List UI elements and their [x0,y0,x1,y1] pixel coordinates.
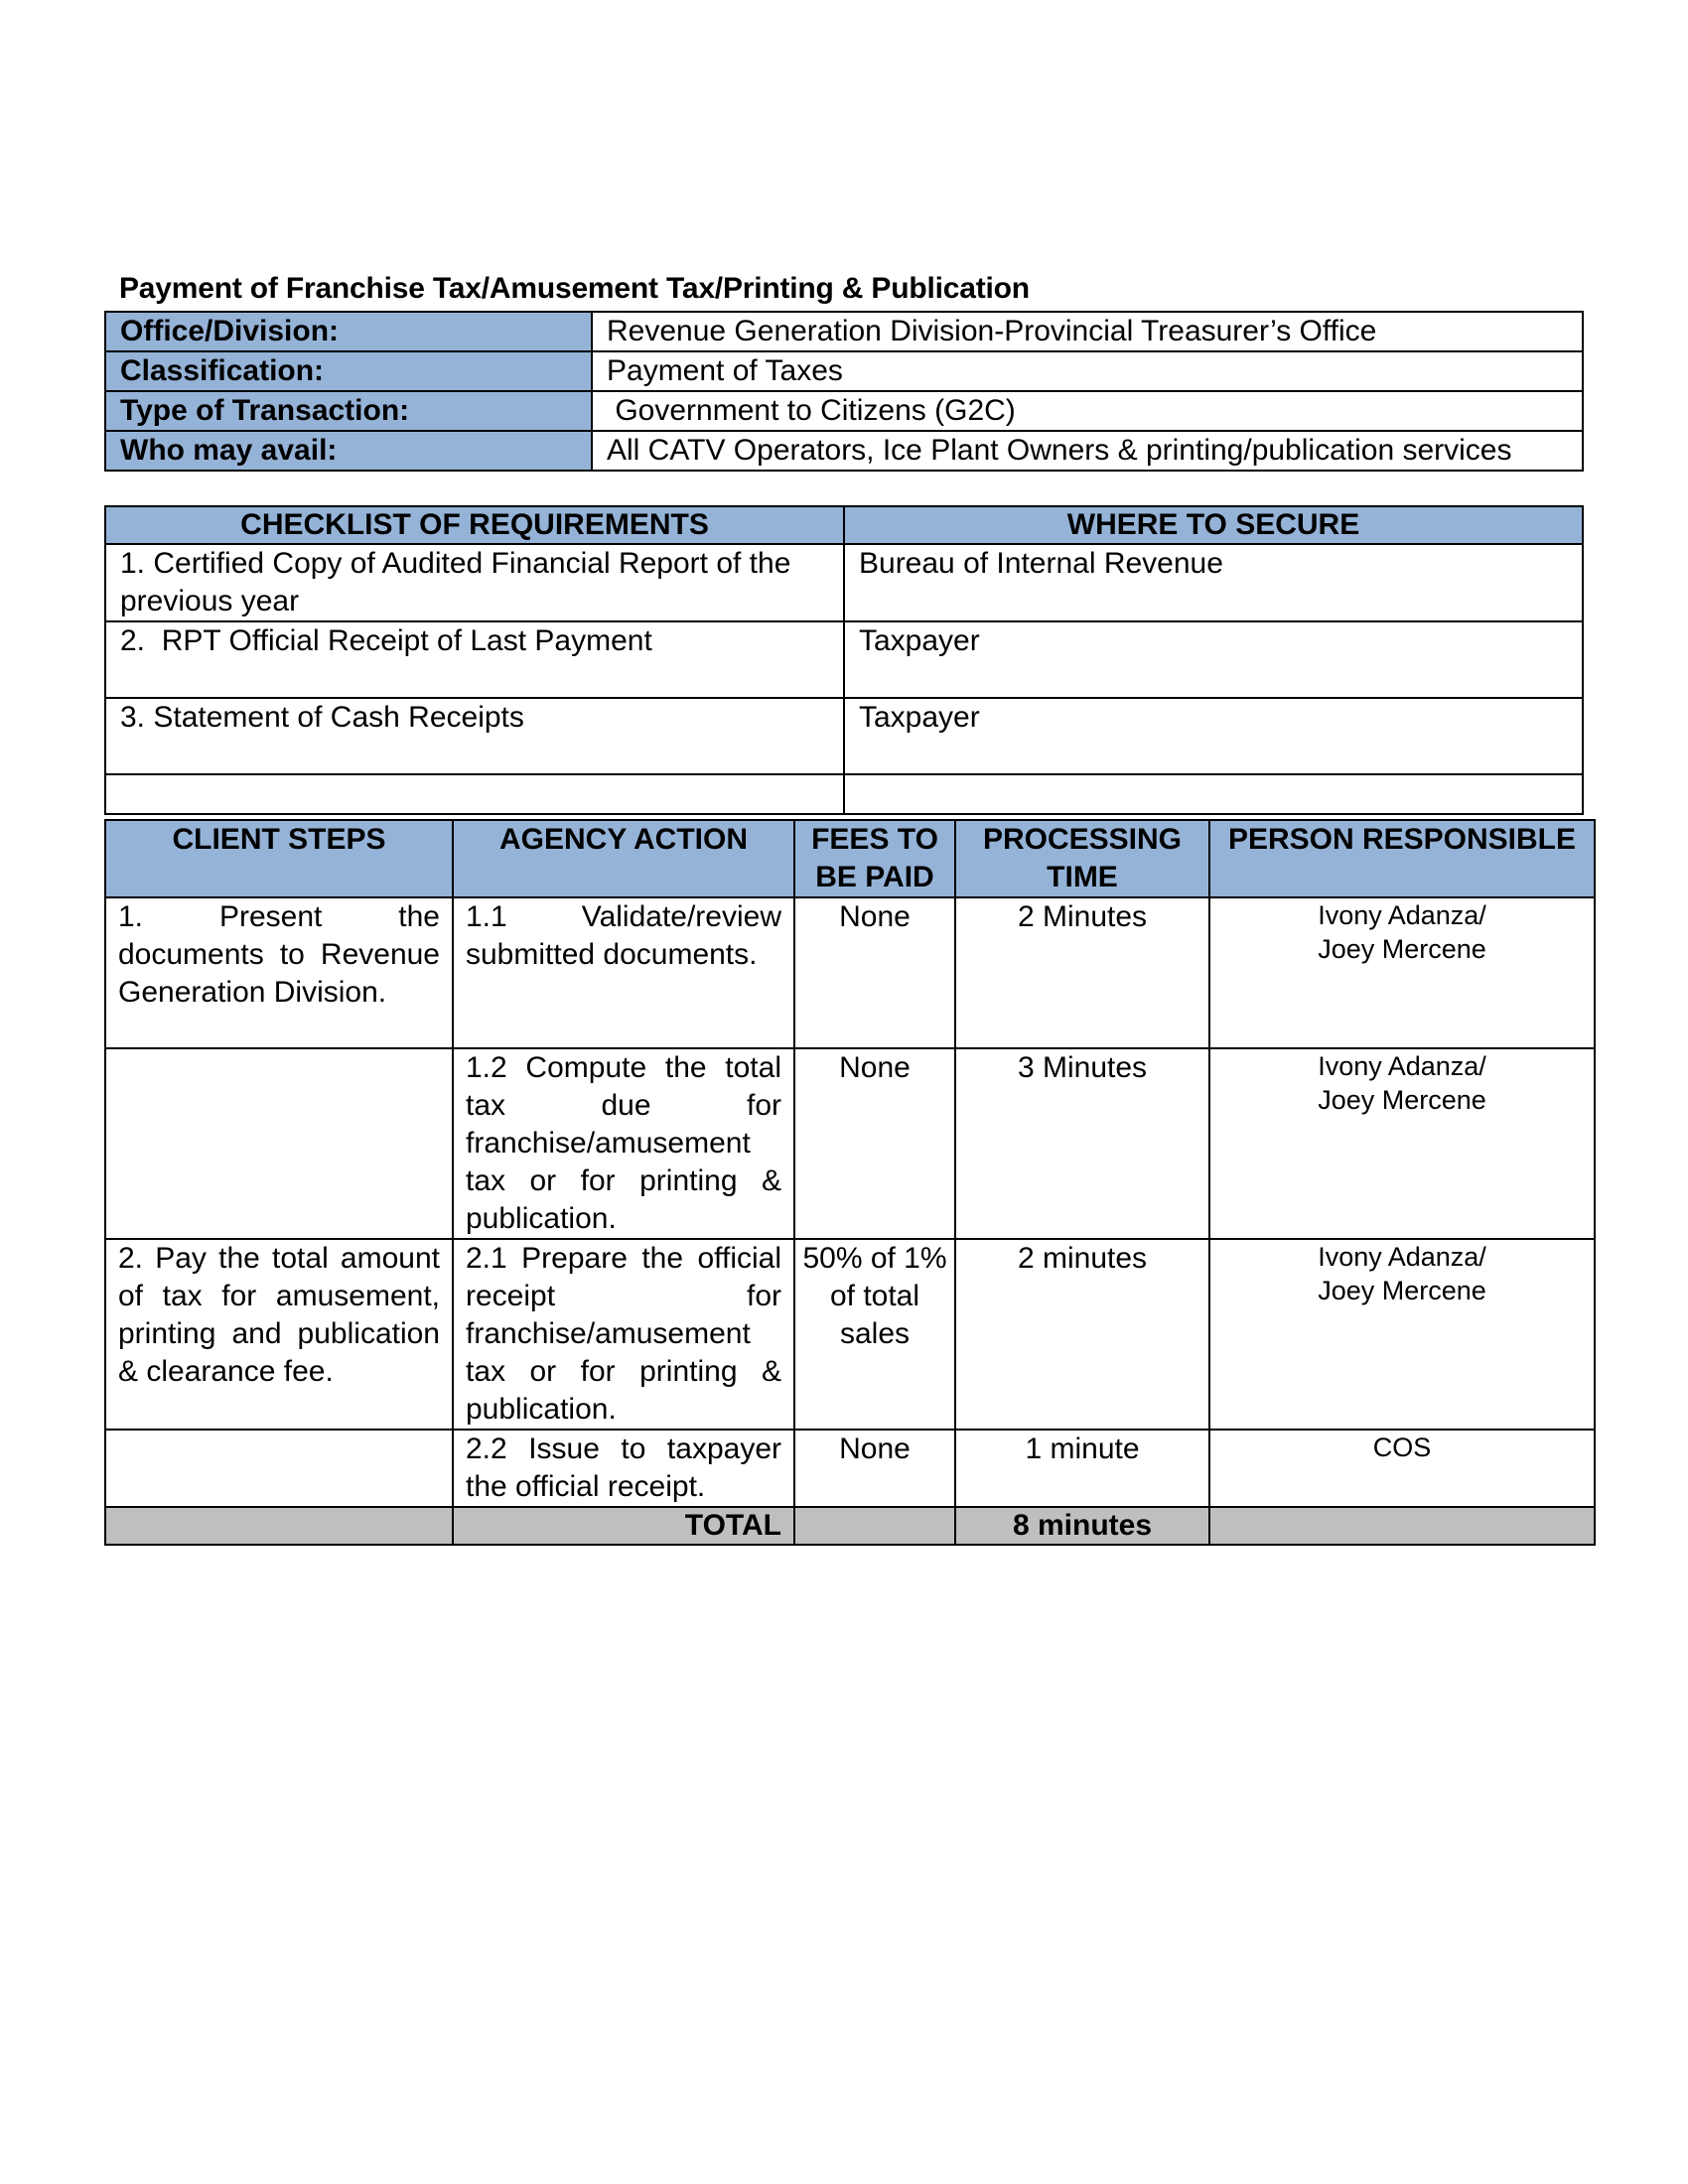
requirement-cell: 1. Certified Copy of Audited Financial R… [105,544,844,621]
processing-time-cell: 2 Minutes [955,897,1209,1048]
where-to-secure-cell: Taxpayer [844,698,1583,774]
header-person-responsible: PERSON RESPONSIBLE [1209,820,1595,897]
total-fees [794,1507,955,1545]
person-responsible-cell: Ivony Adanza/ Joey Mercene [1209,1048,1595,1239]
header-requirements: CHECKLIST OF REQUIREMENTS [105,506,844,544]
requirement-cell: 2. RPT Official Receipt of Last Payment [105,621,844,698]
step-row: 2.2 Issue to taxpayer the official recei… [105,1430,1595,1507]
fees-cell: None [794,1430,955,1507]
checklist-table: CHECKLIST OF REQUIREMENTS WHERE TO SECUR… [104,505,1584,815]
steps-header-row: CLIENT STEPS AGENCY ACTION FEES TO BE PA… [105,820,1595,897]
info-label: Type of Transaction: [105,391,592,431]
fees-cell: None [794,897,955,1048]
requirement-cell: 3. Statement of Cash Receipts [105,698,844,774]
where-to-secure-cell [844,774,1583,814]
where-to-secure-cell: Taxpayer [844,621,1583,698]
info-row-classification: Classification: Payment of Taxes [105,351,1583,391]
info-row-who-may-avail: Who may avail: All CATV Operators, Ice P… [105,431,1583,471]
info-row-office: Office/Division: Revenue Generation Divi… [105,312,1583,351]
info-label: Office/Division: [105,312,592,351]
info-row-transaction-type: Type of Transaction: Government to Citiz… [105,391,1583,431]
info-value: Government to Citizens (G2C) [592,391,1583,431]
person-responsible-cell: Ivony Adanza/ Joey Mercene [1209,1239,1595,1430]
step-row: 2. Pay the total amount of tax for amuse… [105,1239,1595,1430]
client-step-cell: 2. Pay the total amount of tax for amuse… [105,1239,453,1430]
header-fees: FEES TO BE PAID [794,820,955,897]
total-person [1209,1507,1595,1545]
person-responsible-cell: COS [1209,1430,1595,1507]
checklist-row-empty [105,774,1583,814]
info-label: Classification: [105,351,592,391]
agency-action-cell: 2.1 Prepare the official receipt for fra… [453,1239,794,1430]
page-title: Payment of Franchise Tax/Amusement Tax/P… [119,272,1030,306]
agency-action-cell: 1.2 Compute the total tax due for franch… [453,1048,794,1239]
info-value: Revenue Generation Division-Provincial T… [592,312,1583,351]
info-value: Payment of Taxes [592,351,1583,391]
agency-action-cell: 2.2 Issue to taxpayer the official recei… [453,1430,794,1507]
total-row: TOTAL 8 minutes [105,1507,1595,1545]
checklist-header-row: CHECKLIST OF REQUIREMENTS WHERE TO SECUR… [105,506,1583,544]
agency-action-cell: 1.1 Validate/review submitted documents. [453,897,794,1048]
total-processing-time: 8 minutes [955,1507,1209,1545]
client-step-cell [105,1430,453,1507]
total-label: TOTAL [453,1507,794,1545]
header-where-to-secure: WHERE TO SECURE [844,506,1583,544]
requirement-cell [105,774,844,814]
client-step-cell: 1. Present the documents to Revenue Gene… [105,897,453,1048]
checklist-row: 2. RPT Official Receipt of Last Payment … [105,621,1583,698]
client-steps-table: CLIENT STEPS AGENCY ACTION FEES TO BE PA… [104,819,1596,1546]
step-row: 1.2 Compute the total tax due for franch… [105,1048,1595,1239]
step-row: 1. Present the documents to Revenue Gene… [105,897,1595,1048]
checklist-row: 1. Certified Copy of Audited Financial R… [105,544,1583,621]
checklist-row: 3. Statement of Cash Receipts Taxpayer [105,698,1583,774]
service-info-table: Office/Division: Revenue Generation Divi… [104,311,1584,472]
info-value: All CATV Operators, Ice Plant Owners & p… [592,431,1583,471]
header-client-steps: CLIENT STEPS [105,820,453,897]
total-empty-cell [105,1507,453,1545]
fees-cell: None [794,1048,955,1239]
info-label: Who may avail: [105,431,592,471]
processing-time-cell: 3 Minutes [955,1048,1209,1239]
processing-time-cell: 2 minutes [955,1239,1209,1430]
header-agency-action: AGENCY ACTION [453,820,794,897]
where-to-secure-cell: Bureau of Internal Revenue [844,544,1583,621]
header-processing-time: PROCESSING TIME [955,820,1209,897]
fees-cell: 50% of 1% of total sales [794,1239,955,1430]
person-responsible-cell: Ivony Adanza/ Joey Mercene [1209,897,1595,1048]
processing-time-cell: 1 minute [955,1430,1209,1507]
client-step-cell [105,1048,453,1239]
